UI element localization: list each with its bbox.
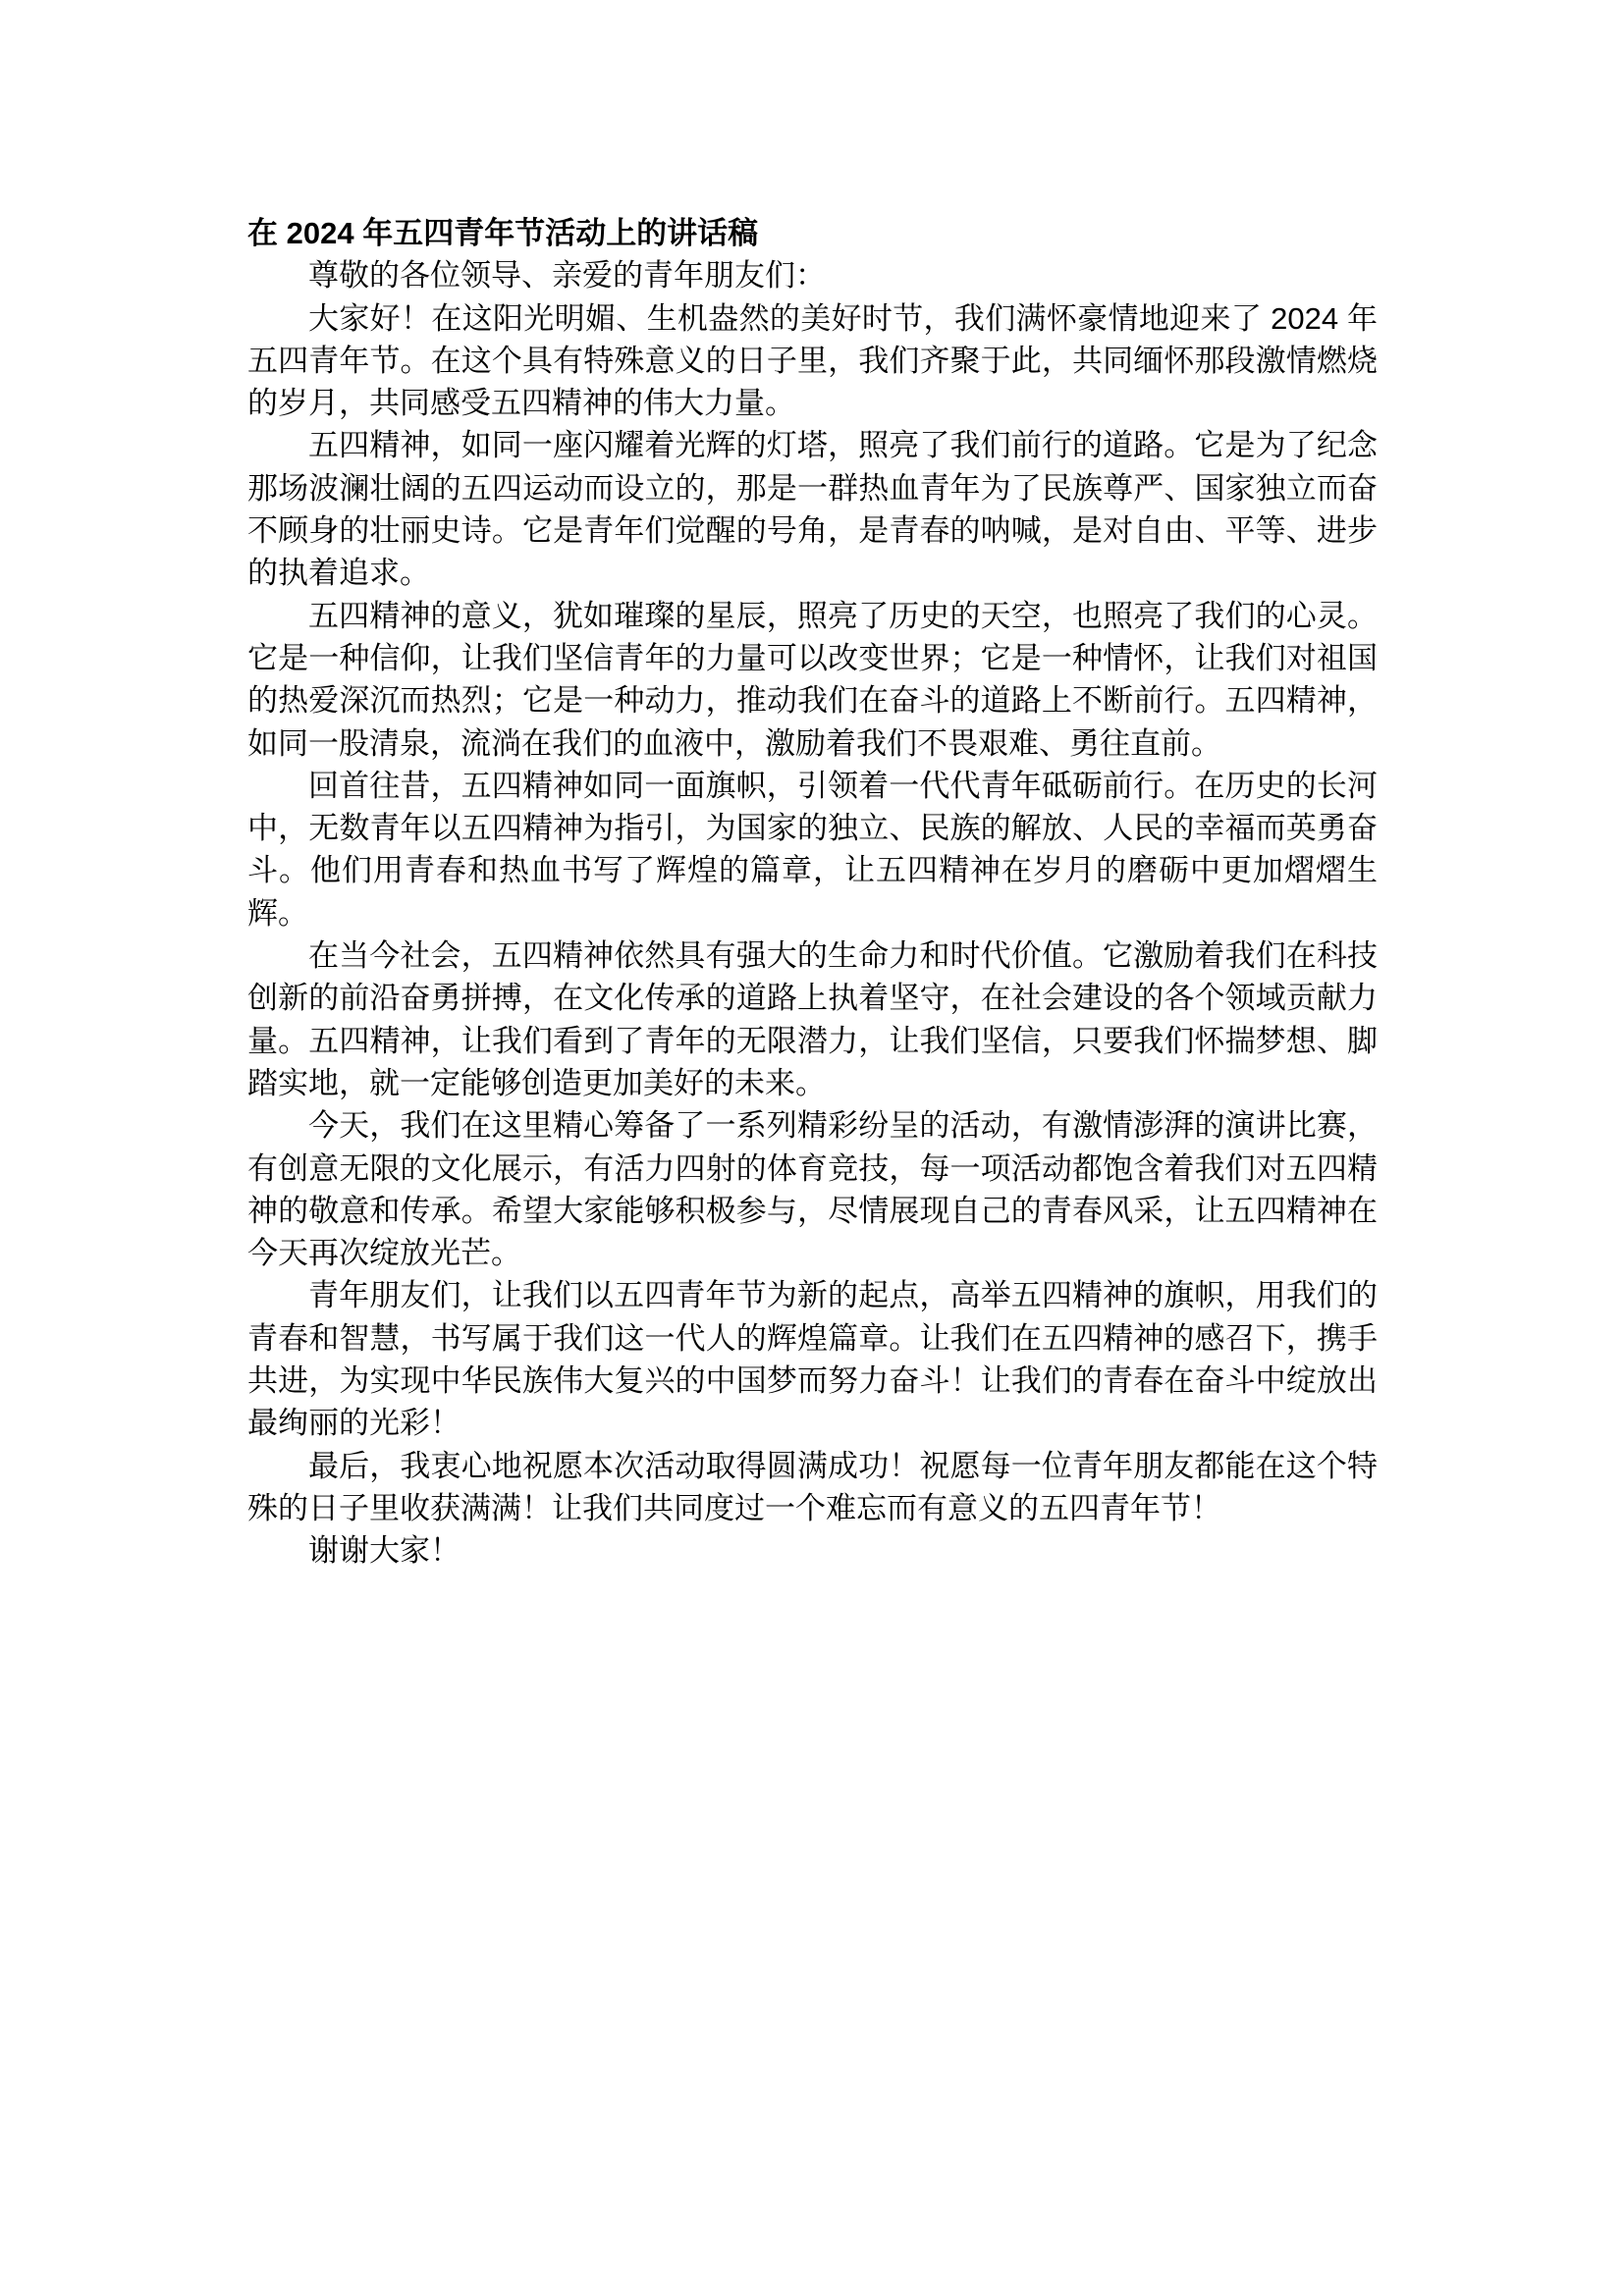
paragraph-body-2: 五四精神的意义，犹如璀璨的星辰，照亮了历史的天空，也照亮了我们的心灵。它是一种信… (247, 595, 1378, 765)
paragraph-greeting: 大家好！在这阳光明媚、生机盎然的美好时节，我们满怀豪情地迎来了 2024 年五四… (247, 297, 1378, 425)
paragraph-body-5: 今天，我们在这里精心筹备了一系列精彩纷呈的活动，有激情澎湃的演讲比赛，有创意无限… (247, 1104, 1378, 1274)
paragraph-body-3: 回首往昔，五四精神如同一面旗帜，引领着一代代青年砥砺前行。在历史的长河中，无数青… (247, 765, 1378, 934)
paragraph-salutation: 尊敬的各位领导、亲爱的青年朋友们： (247, 254, 1378, 296)
paragraph-closing: 谢谢大家！ (247, 1529, 1378, 1572)
paragraph-body-7: 最后，我衷心地祝愿本次活动取得圆满成功！祝愿每一位青年朋友都能在这个特殊的日子里… (247, 1445, 1378, 1530)
paragraph-body-4: 在当今社会，五四精神依然具有强大的生命力和时代价值。它激励着我们在科技创新的前沿… (247, 934, 1378, 1104)
document-content: 在 2024 年五四青年节活动上的讲话稿 尊敬的各位领导、亲爱的青年朋友们： 大… (247, 212, 1378, 1573)
document-page: 在 2024 年五四青年节活动上的讲话稿 尊敬的各位领导、亲爱的青年朋友们： 大… (0, 0, 1624, 2296)
paragraph-body-1: 五四精神，如同一座闪耀着光辉的灯塔，照亮了我们前行的道路。它是为了纪念那场波澜壮… (247, 424, 1378, 594)
document-title: 在 2024 年五四青年节活动上的讲话稿 (247, 212, 1378, 254)
paragraph-body-6: 青年朋友们，让我们以五四青年节为新的起点，高举五四精神的旗帜，用我们的青春和智慧… (247, 1274, 1378, 1444)
